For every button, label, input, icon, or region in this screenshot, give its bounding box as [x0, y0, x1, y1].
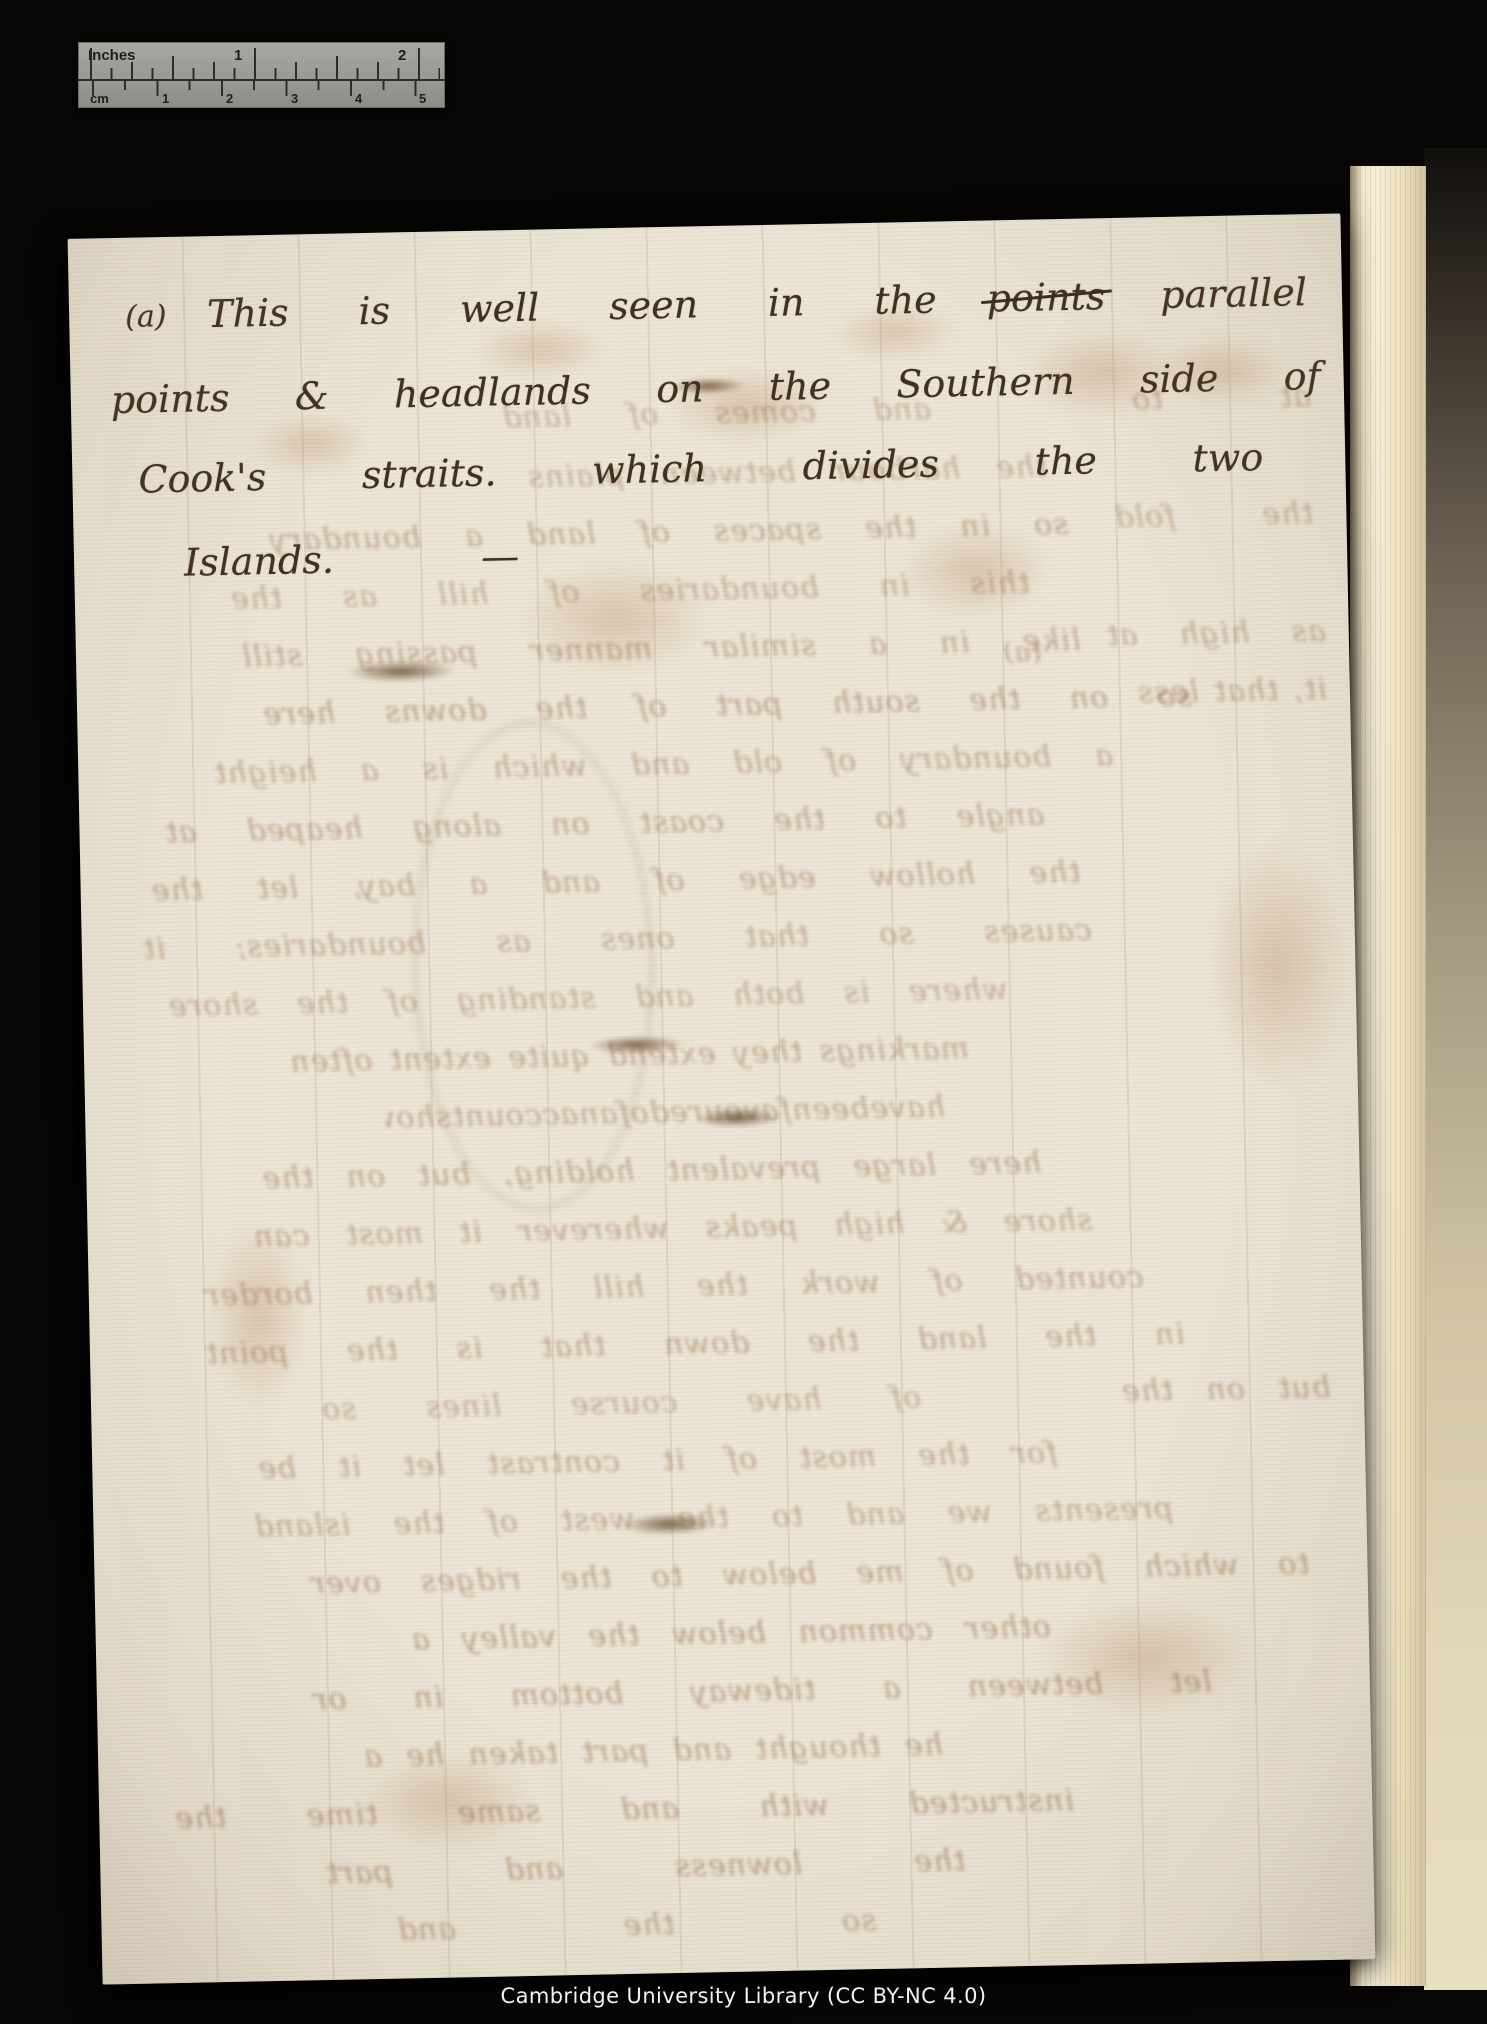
bleedthrough-line: thelownessandpart: [325, 1843, 966, 1891]
bleedthrough-line: instructedwithandsametimethe: [174, 1783, 1075, 1836]
bleedthrough-line: soonthesouthpartofthedownshere: [262, 678, 1193, 732]
inch-tick-0: [90, 48, 92, 79]
scale-bar-cm-3: 3: [291, 91, 298, 106]
scale-bar-cm-ticks: [92, 81, 440, 96]
ink-stain: [893, 519, 1055, 622]
manuscript-page: andcomesofland atto theharbourbetweenpla…: [68, 213, 1376, 1984]
bleedthrough-line: inthelandthedownthatisthepoint: [205, 1317, 1186, 1372]
ink-stain: [358, 1750, 540, 1854]
handwritten-line-1: Thisiswellseeninthe points parallel: [207, 270, 1308, 336]
handwritten-word: parallel: [1160, 270, 1308, 317]
handwritten-text: Islands.—: [184, 534, 520, 585]
inch-tick-1: [254, 48, 256, 79]
bleedthrough-line: it,thatless: [1137, 672, 1328, 711]
bleedthrough-line: forthemostofitcontrastletitbe: [257, 1435, 1058, 1486]
bleedthrough-line: towhichfoundofmebelowtotheridgesover: [309, 1546, 1310, 1601]
handwritten-text: Thisiswellseeninthe: [207, 278, 937, 337]
bleedthrough-line: shore&highpeakswhereveritmostcan: [252, 1203, 1093, 1255]
bleedthrough-line: sotheand: [396, 1903, 877, 1948]
bleedthrough-line: countedofworkthehillthethenborder: [203, 1260, 1144, 1314]
bleedthrough-line: othercommonbelowthevalleya: [410, 1610, 1051, 1658]
scale-bar-cm-5: 5: [419, 91, 426, 106]
ink-stain: [207, 1214, 311, 1416]
bleedthrough-smudge: [695, 1107, 780, 1129]
struck-through-word: points: [986, 274, 1105, 320]
facing-page-edge: [1424, 148, 1487, 1990]
scale-bar-cm-1: 1: [162, 91, 169, 106]
bleedthrough-line: presentsweandtothewestoftheisland: [253, 1491, 1174, 1544]
ink-stain: [514, 556, 716, 680]
half-inch-ticks: [90, 56, 440, 79]
handwritten-line-4: Islands.—: [184, 534, 520, 585]
bleedthrough-line: aboundaryofoldandwhichisaheight: [213, 738, 1114, 791]
bleedthrough-line: (a): [981, 637, 1042, 668]
bleedthrough-line: butonthe: [1121, 1370, 1332, 1409]
scale-bar-cm-label: cm: [90, 91, 109, 106]
ink-stain: [1200, 833, 1355, 1096]
bleedthrough-line: thefold: [1113, 496, 1314, 535]
scale-bar-cm-2: 2: [226, 91, 233, 106]
bleedthrough-smudge: [621, 1512, 716, 1536]
paper-watermark: [407, 717, 659, 1214]
ink-stain: [1035, 1595, 1257, 1719]
scale-bar-inch-ticks: [90, 42, 440, 79]
inch-tick-2: [418, 48, 420, 79]
attribution-text: Cambridge University Library (CC BY-NC 4…: [0, 1984, 1487, 2008]
digitized-manuscript-viewer: { "scale_bar": { "top_unit": "Inches", "…: [0, 0, 1487, 2024]
marginal-annotation-mark: (a): [125, 299, 167, 335]
bleedthrough-line: ofhavecourselinesso: [321, 1380, 922, 1427]
scale-bar: Inches 1 2 cm 1 2 3 4 5: [78, 42, 445, 108]
bleedthrough-smudge: [346, 659, 456, 683]
scale-bar-cm-4: 4: [355, 91, 362, 106]
bleedthrough-line: ashighat: [1105, 614, 1326, 653]
bleedthrough-line: herelargeprevalentholding,butonthe: [261, 1146, 1042, 1197]
